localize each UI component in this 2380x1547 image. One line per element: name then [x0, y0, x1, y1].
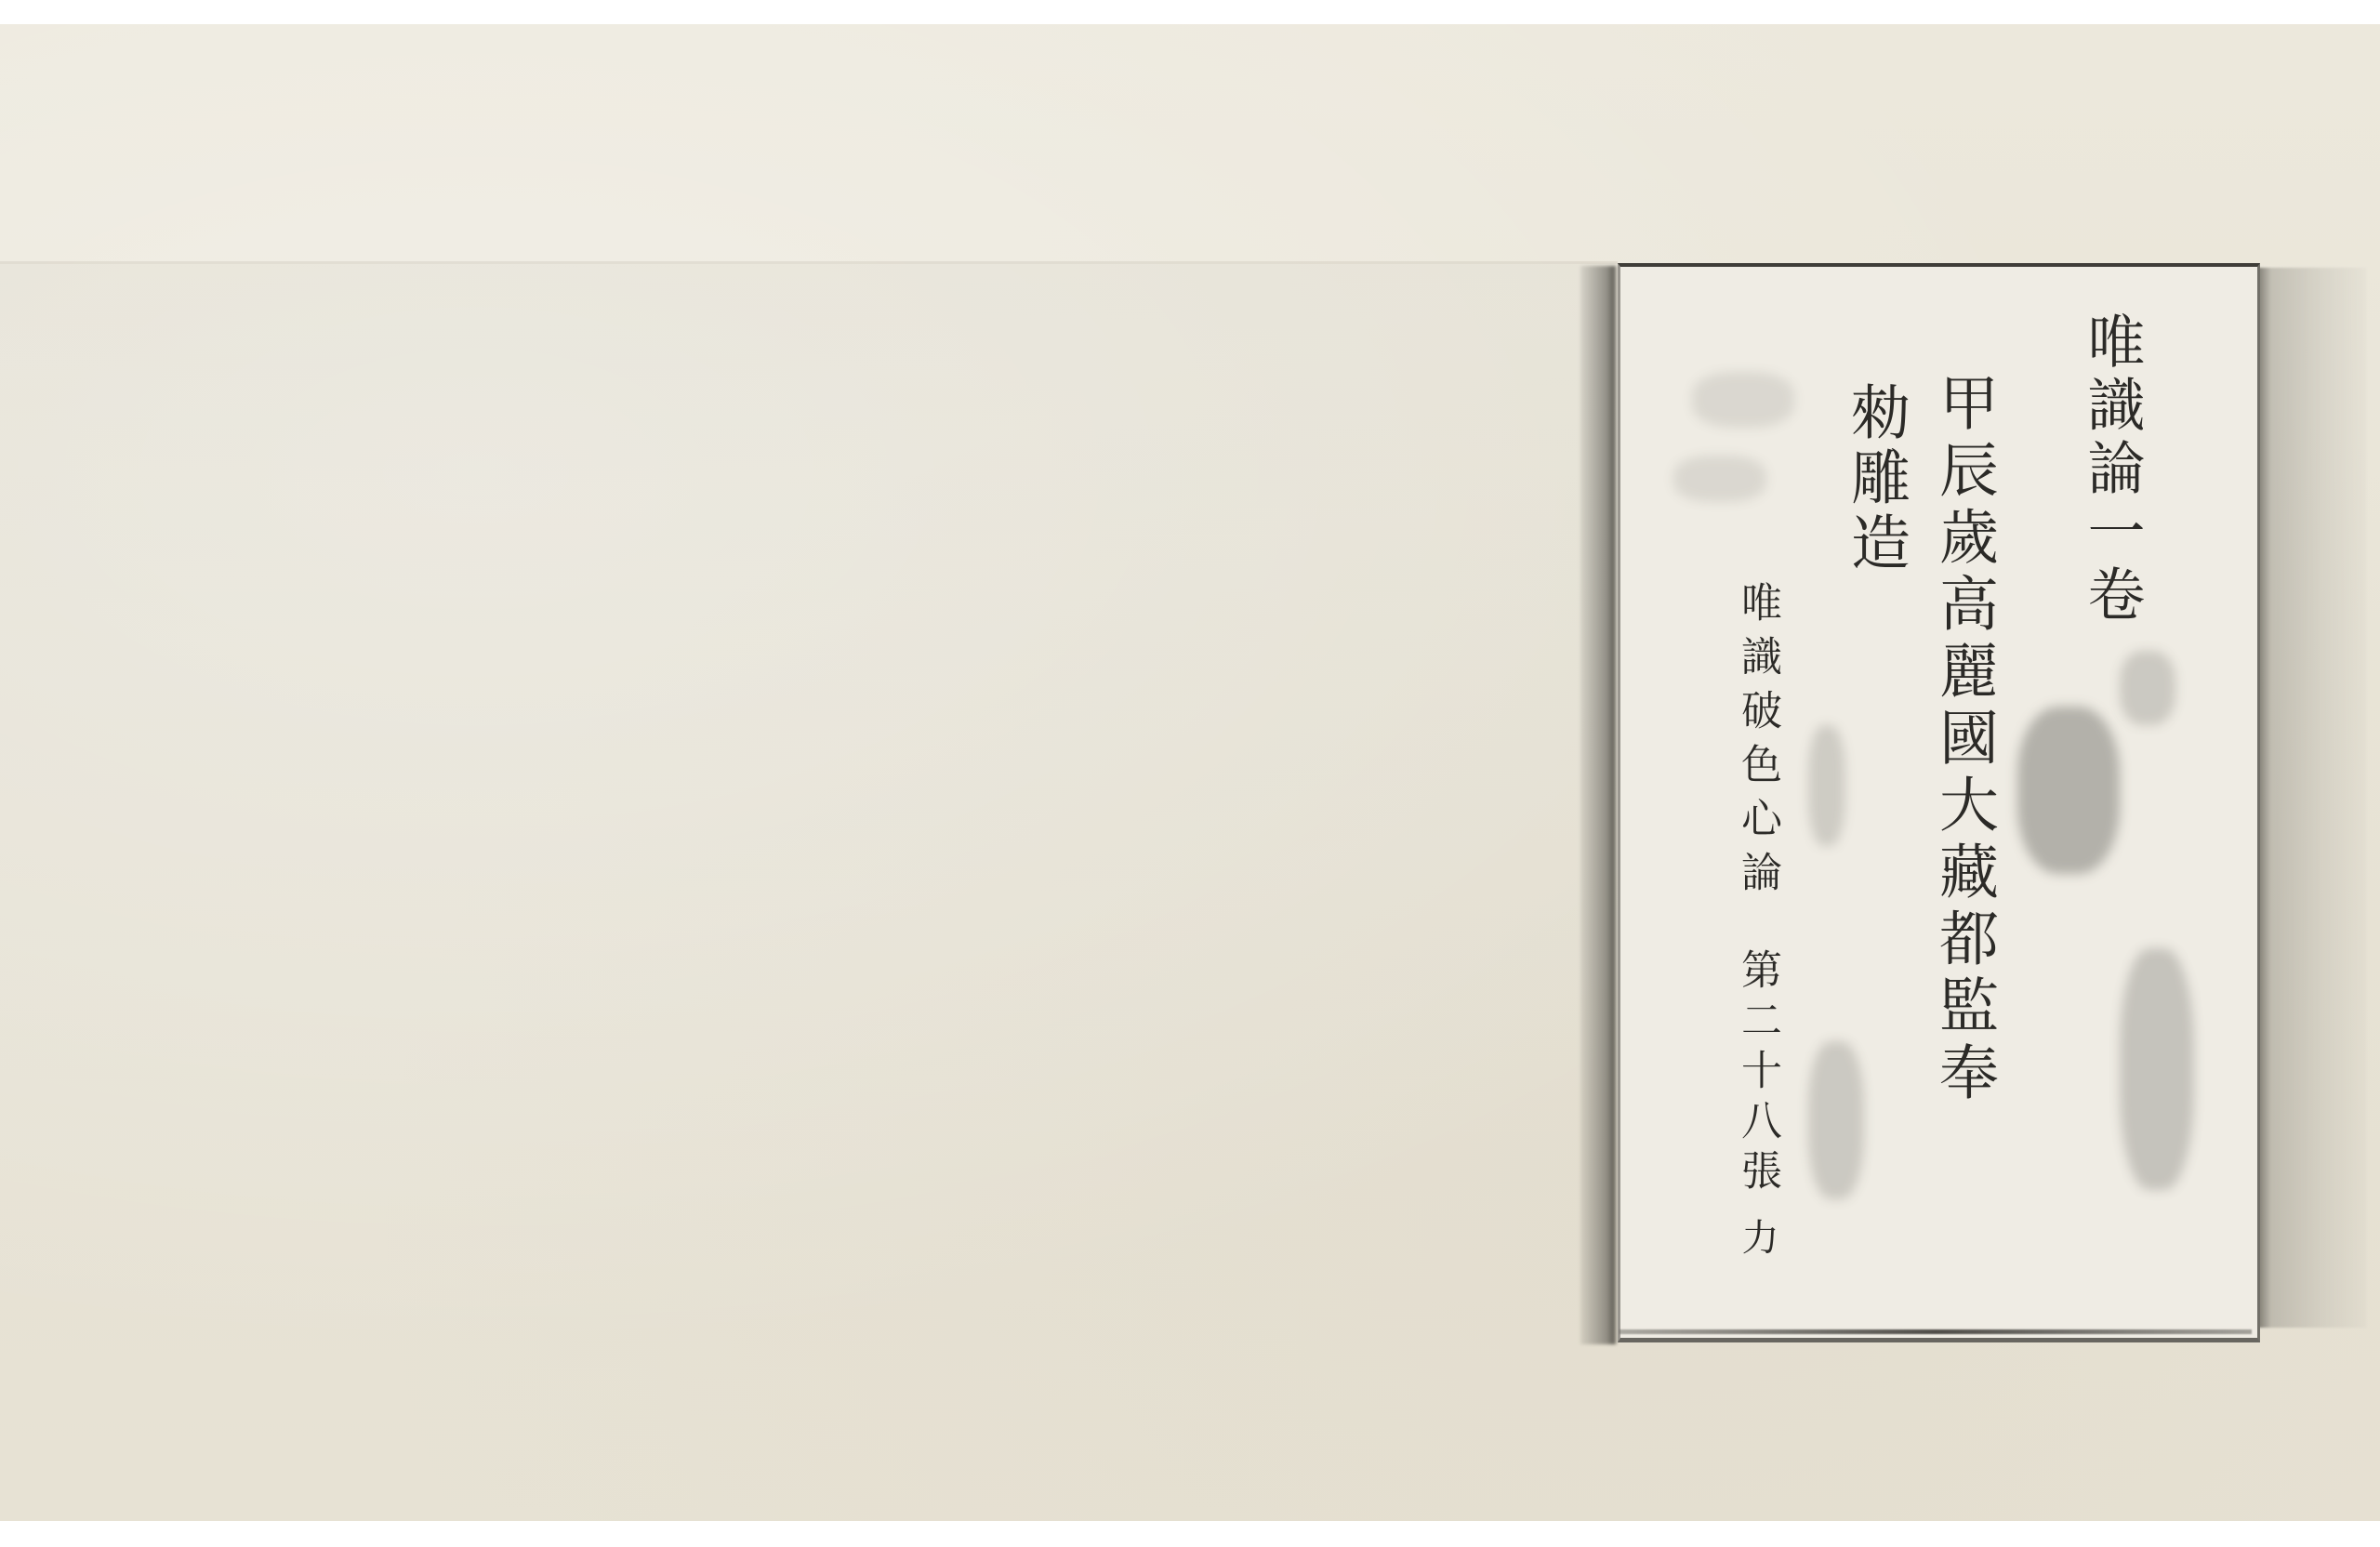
- text-colophon-line2: 勑雕造: [1845, 381, 1905, 576]
- ink-smudge: [1808, 1041, 1864, 1199]
- block-edge-left: [1580, 266, 1618, 1344]
- ink-smudge: [2120, 948, 2194, 1190]
- ink-smudge: [2120, 651, 2175, 725]
- block-bottom-border: [1620, 1329, 2252, 1334]
- document-scan: 唯識論一卷 甲辰歲高麗國大藏都監奉 勑雕造 唯識破色心論 第二十八張 力: [0, 0, 2380, 1547]
- fold-shadow: [0, 264, 1618, 1519]
- text-colophon-line1: 甲辰歲高麗國大藏都監奉: [1934, 372, 1993, 1108]
- block-edge-right: [2254, 268, 2366, 1328]
- text-title: 唯識論一卷: [2082, 311, 2140, 628]
- text-page-number: 第二十八張: [1737, 948, 1778, 1199]
- ink-smudge: [1673, 456, 1766, 502]
- ink-smudge: [1692, 372, 1794, 428]
- text-subtitle: 唯識破色心論: [1737, 581, 1778, 905]
- ink-smudge: [1808, 725, 1845, 846]
- text-carver-mark: 力: [1739, 1218, 1776, 1255]
- ink-smudge: [2017, 707, 2120, 874]
